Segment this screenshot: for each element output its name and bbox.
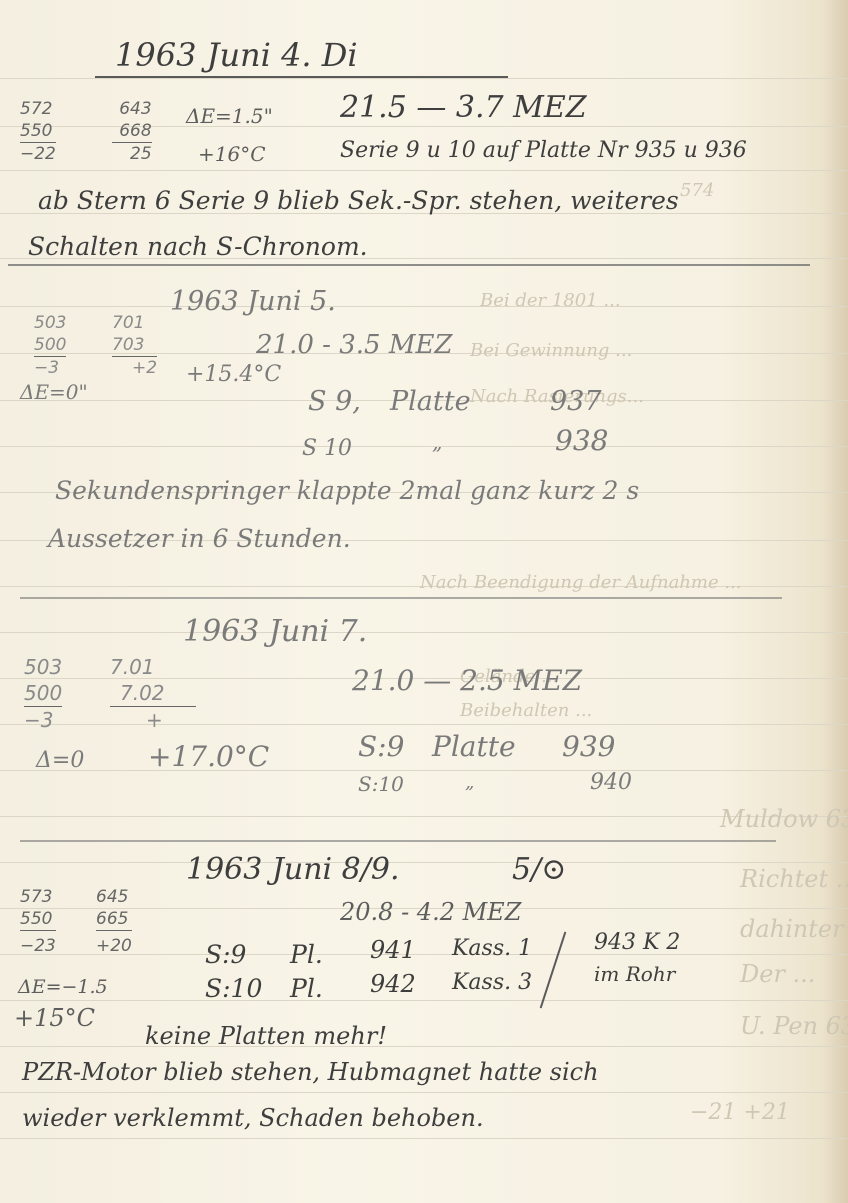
difference-calc-left: 503 500 −3 [34,312,66,379]
plate-number: 937 [550,386,602,417]
plate-label: Pl. [290,974,323,1003]
bleed-through-line: Beibehalten ... [460,700,592,721]
plate-number: 938 [555,424,608,457]
plate-series: S 9, [308,386,361,417]
difference-calc-left: 572 550 −22 [20,98,56,165]
cassette: Kass. 3 [452,970,532,995]
weekday-symbol: 5/⊙ [512,852,566,887]
plate-series: S:10 [205,974,262,1003]
delta-epsilon: ΔE=1.5" [186,104,273,128]
bleed-through-line: Bei der 1801 ... [480,290,621,311]
bleed-through-line: Der ... [740,960,815,988]
observation-time: 20.8 - 4.2 MEZ [340,898,521,926]
bleed-through-line: Nach Beendigung der Aufnahme ... [420,572,742,593]
logbook-page: 574 Bei der 1801 ... Bei Gewinnung ... N… [0,0,848,1203]
delta-epsilon: Δ=0 [36,748,84,773]
side-note: im Rohr [594,962,675,986]
entry-date-heading: 1963 Juni 7. [183,614,367,649]
entry-divider [20,840,776,842]
entry-divider [8,264,810,266]
bleed-through-line: U. Pen 63 [740,1012,848,1040]
temperature: +17.0°C [148,740,269,773]
observation-time: 21.0 — 2.5 MEZ [352,664,582,697]
plate-series: S:9 [205,940,246,969]
bleed-through-line: Richtet ... [740,865,848,893]
difference-calc-right: 701 703 +2 [112,312,157,379]
note-line: Schalten nach S-Chronom. [28,232,368,261]
temperature: +16°C [198,142,266,166]
difference-calc-right: 645 665 +20 [96,886,132,957]
note-line: PZR-Motor blieb stehen, Hubmagnet hatte … [22,1058,599,1086]
plate-number: 940 [590,770,632,795]
entry-divider [20,597,782,599]
plate-number: 942 [370,970,416,998]
bleed-through-line: Muldow 63 [720,805,848,833]
entry-date-heading: 1963 Juni 8/9. [186,852,400,887]
note-line: wieder verklemmt, Schaden behoben. [22,1104,484,1132]
plate-series: S:9 [358,730,404,763]
note-line: keine Platten mehr! [145,1022,387,1050]
note-line: Sekundenspringer klappte 2mal ganz kurz … [55,476,639,505]
temperature: +15.4°C [186,362,281,387]
note-line: ab Stern 6 Serie 9 blieb Sek.-Spr. stehe… [38,186,679,215]
observation-time: 21.5 — 3.7 MEZ [340,90,587,125]
difference-calc-left: 573 550 −23 [20,886,56,957]
plate-series: S 10 [302,436,352,461]
cassette: Kass. 1 [452,936,532,961]
bleed-through-line: −21 +21 [690,1100,790,1125]
difference-calc-right: 643 668 25 [112,98,152,165]
entry-date-heading: 1963 Juni 5. [170,286,336,317]
ditto-mark: „ [465,772,474,793]
temperature: +15°C [14,1004,95,1032]
plate-label: Pl. [290,940,323,969]
note-line: Aussetzer in 6 Stunden. [48,524,351,553]
separator-stroke [540,932,567,1009]
bleed-through-line: 574 [680,180,714,201]
delta-epsilon: ΔE=−1.5 [18,976,108,998]
plate-number: 939 [562,730,615,763]
series-plates: Serie 9 u 10 auf Platte Nr 935 u 936 [340,138,747,163]
bleed-through-line: dahinter ... [740,915,848,943]
difference-calc-left: 503 500 −3 [24,654,62,733]
bleed-through-line: Bei Gewinnung ... [470,340,632,361]
plate-label: Platte [432,730,516,763]
plate-number: 941 [370,936,416,964]
delta-epsilon: ΔE=0" [20,380,88,404]
plate-series: S:10 [358,772,404,796]
observation-time: 21.0 - 3.5 MEZ [256,330,453,360]
plate-label: Platte [390,386,471,417]
entry-date-heading: 1963 Juni 4. Di [95,36,508,78]
ditto-mark: „ [432,430,442,454]
side-note: 943 K 2 [594,930,680,955]
difference-calc-right: 7.01 7.02 + [110,654,196,733]
